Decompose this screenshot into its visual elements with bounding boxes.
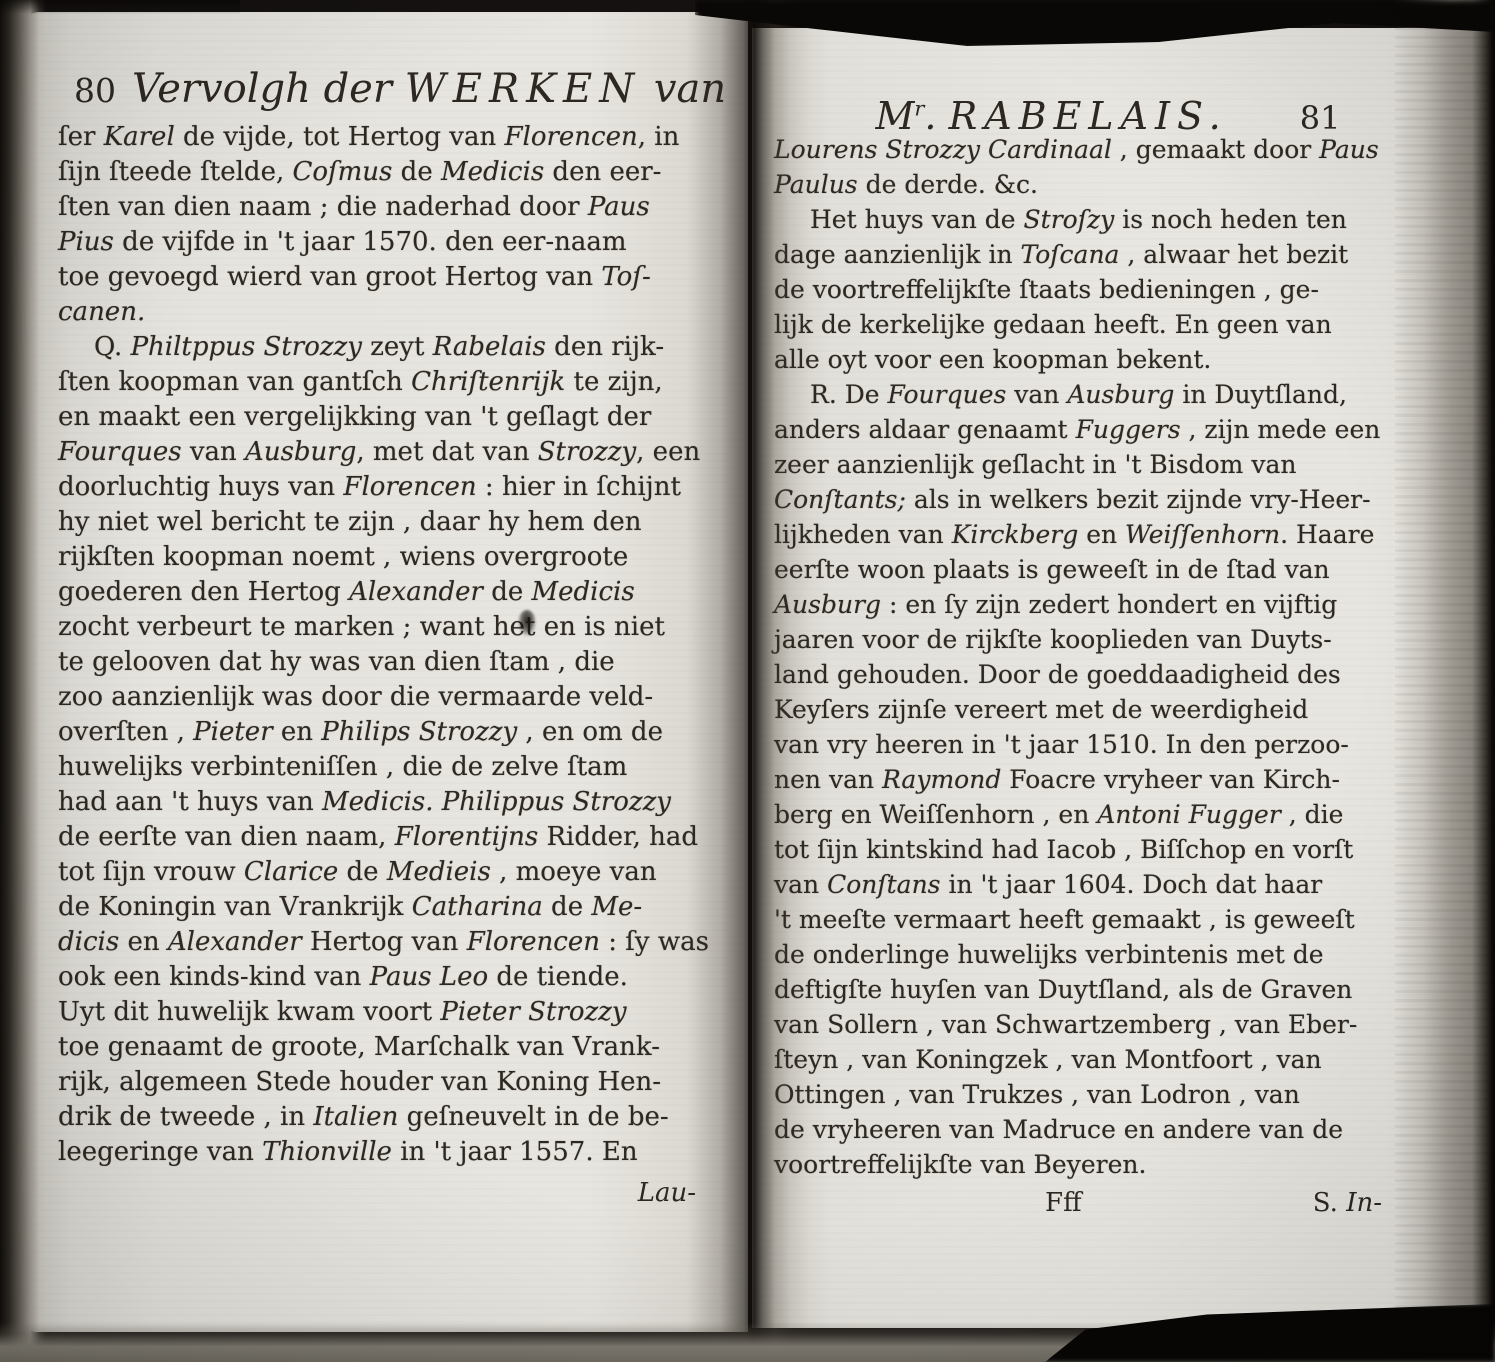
text-line: Keyſers zijnſe vereert met de weerdighei… — [774, 692, 1390, 727]
text-segment: ook een kinds-kind van — [58, 962, 370, 992]
text-line: canen. — [58, 295, 742, 330]
text-segment: Weiſſenhorn — [1125, 520, 1280, 549]
text-segment: Pieter Strozzy — [440, 997, 626, 1027]
text-line: goederen den Hertog Alexander de Medicis — [58, 575, 742, 610]
text-line: leegeringe van Thionville in 't jaar 155… — [58, 1135, 742, 1170]
text-segment: is noch heden ten — [1114, 205, 1347, 234]
text-segment: Lourens Strozzy Cardinaal — [774, 135, 1112, 164]
text-line: ſer Karel de vijde, tot Hertog van Flore… — [58, 120, 742, 155]
text-line: de vryheeren van Madruce en andere van d… — [774, 1112, 1390, 1147]
text-line: van Conſtans in 't jaar 1604. Doch dat h… — [774, 867, 1390, 902]
text-segment: Pieter — [193, 717, 272, 747]
text-segment: Ridder, had — [538, 822, 698, 852]
text-segment: zoo aanzienlijk was door die vermaarde v… — [58, 682, 653, 712]
signature-row: Fff S. In- — [774, 1188, 1390, 1223]
text-line: had aan 't huys van Medicis. Philippus S… — [58, 785, 742, 820]
text-line: Het huys van de Stroſzy is noch heden te… — [774, 202, 1390, 237]
text-segment: eerſte woon plaats is geweeſt in de ſtad… — [774, 555, 1330, 584]
right-page-text: Lourens Strozzy Cardinaal , gemaakt door… — [774, 132, 1390, 1182]
text-line: nen van Raymond Foacre vryheer van Kirch… — [774, 762, 1390, 797]
text-segment: : ſy was — [600, 927, 709, 957]
text-segment: ſten van dien naam ; die naderhad door — [58, 192, 588, 222]
text-line: van vry heeren in 't jaar 1510. In den p… — [774, 727, 1390, 762]
text-line: de eerſte van dien naam, Florentijns Rid… — [58, 820, 742, 855]
text-segment: Vervolgh der — [132, 66, 405, 112]
left-page-text: ſer Karel de vijde, tot Hertog van Flore… — [58, 120, 742, 1170]
text-segment: zeyt — [362, 332, 433, 362]
text-segment: Lau- — [638, 1178, 696, 1208]
text-segment: Medieis — [387, 857, 491, 887]
text-segment: de vijfde in 't jaar 1570. den eer-naam — [114, 227, 627, 257]
text-segment: Stroſzy — [1024, 205, 1115, 234]
text-segment: leegeringe van — [58, 1137, 262, 1167]
text-line: alle oyt voor een koopman bekent. — [774, 342, 1390, 377]
text-segment: Catharina — [412, 892, 543, 922]
text-line: eerſte woon plaats is geweeſt in de ſtad… — [774, 552, 1390, 587]
text-segment: den eer- — [544, 157, 661, 187]
text-segment: in Duytſland, — [1174, 380, 1347, 409]
text-line: anders aldaar genaamt Fuggers , zijn med… — [774, 412, 1390, 447]
text-segment: ſten koopman van gantſch — [58, 367, 411, 397]
text-segment: Toſcana — [1021, 240, 1120, 269]
text-segment: Paus — [588, 192, 650, 222]
text-segment: Florentijns — [395, 822, 538, 852]
text-segment: rijk, algemeen Stede houder van Koning H… — [58, 1067, 661, 1097]
text-segment: Antoni Fugger — [1097, 800, 1281, 829]
text-segment: , een — [636, 437, 700, 467]
text-segment: van — [641, 66, 726, 112]
text-segment: Hertog van — [302, 927, 467, 957]
text-segment: In- — [1346, 1188, 1382, 1218]
text-segment: drik de tweede , in — [58, 1102, 313, 1132]
text-segment: , alwaar het bezit — [1119, 240, 1348, 269]
text-segment: Florencen — [504, 122, 637, 152]
text-line: land gehouden. Door de goeddaadigheid de… — [774, 657, 1390, 692]
text-line: ſijn ſteede ſtelde, Coſmus de Medicis de… — [58, 155, 742, 190]
text-segment: Alexander — [168, 927, 302, 957]
text-segment: in 't jaar 1557. En — [392, 1137, 638, 1167]
text-segment: . Haare — [1280, 520, 1374, 549]
text-segment: WERKEN — [405, 66, 642, 112]
text-line: 't meeſte vermaart heeft gemaakt , is ge… — [774, 902, 1390, 937]
text-segment: Keyſers zijnſe vereert met de weerdighei… — [774, 695, 1308, 724]
text-line: rijk, algemeen Stede houder van Koning H… — [58, 1065, 742, 1100]
text-segment: ſteyn , van Koningzek , van Montfoort , … — [774, 1045, 1322, 1074]
text-segment: Fourques — [888, 380, 1007, 409]
text-segment: Uyt dit huwelijk kwam voort — [58, 997, 440, 1027]
text-segment: ſijn ſteede ſtelde, — [58, 157, 292, 187]
text-line: deftigſte huyſen van Duytſland, als de G… — [774, 972, 1390, 1007]
text-line: van Sollern , van Schwartzemberg , van E… — [774, 1007, 1390, 1042]
text-segment: Alexander — [349, 577, 483, 607]
text-segment: Me- — [591, 892, 642, 922]
text-segment: Philtppus Strozzy — [131, 332, 362, 362]
text-line: de onderlinge huwelijks verbintenis met … — [774, 937, 1390, 972]
text-segment: nen van — [774, 765, 882, 794]
text-segment: de tiende. — [488, 962, 628, 992]
text-segment: de — [338, 857, 387, 887]
left-catchword: Lau- — [638, 1178, 696, 1208]
text-segment: de — [392, 157, 441, 187]
text-segment: Strozzy — [538, 437, 636, 467]
text-segment: Conſtants; — [774, 485, 906, 514]
text-segment: Ausburg — [245, 437, 356, 467]
text-segment: van — [1006, 380, 1067, 409]
text-segment: en — [119, 927, 168, 957]
text-line: Fourques van Ausburg, met dat van Strozz… — [58, 435, 742, 470]
text-segment: de vijde, tot Hertog van — [175, 122, 505, 152]
text-segment: en — [1078, 520, 1125, 549]
text-line: tot ſijn vrouw Clarice de Medieis , moey… — [58, 855, 742, 890]
text-segment: dage aanzienlijk in — [774, 240, 1021, 269]
text-segment: en — [273, 717, 322, 747]
text-line: overſten , Pieter en Philips Strozzy , e… — [58, 715, 742, 750]
text-line: tot ſijn kintskind had Iacob , Biſſchop … — [774, 832, 1390, 867]
text-segment: dicis — [58, 927, 119, 957]
text-line: Ausburg : en ſy zijn zedert hondert en v… — [774, 587, 1390, 622]
text-segment: als in welkers bezit zijnde vry-Heer- — [906, 485, 1371, 514]
text-line: ook een kinds-kind van Paus Leo de tiend… — [58, 960, 742, 995]
text-segment: Het huys van de — [810, 205, 1024, 234]
text-segment: , met dat van — [356, 437, 537, 467]
text-segment: Ottingen , van Trukzes , van Lodron , va… — [774, 1080, 1300, 1109]
text-segment: toe genaamt de groote, Marſchalk van Vra… — [58, 1032, 660, 1062]
text-line: Paulus de derde. &c. — [774, 167, 1390, 202]
text-line: zoo aanzienlijk was door die vermaarde v… — [58, 680, 742, 715]
text-line: ſten van dien naam ; die naderhad door P… — [58, 190, 742, 225]
text-line: Lourens Strozzy Cardinaal , gemaakt door… — [774, 132, 1390, 167]
text-segment: Ausburg — [774, 590, 881, 619]
text-segment: van Sollern , van Schwartzemberg , van E… — [774, 1010, 1357, 1039]
text-line: Uyt dit huwelijk kwam voort Pieter Stroz… — [58, 995, 742, 1030]
text-line: drik de tweede , in Italien geſneuvelt i… — [58, 1100, 742, 1135]
text-segment: den rijk- — [546, 332, 664, 362]
text-segment: , gemaakt door — [1112, 135, 1319, 164]
text-segment: de derde. &c. — [858, 170, 1038, 199]
text-segment: huwelijks verbinteniſſen , die de zelve … — [58, 752, 627, 782]
text-segment: , moeye van — [491, 857, 657, 887]
right-catchword: S. In- — [1313, 1188, 1382, 1218]
text-line: doorluchtig huys van Florencen : hier in… — [58, 470, 742, 505]
text-segment: berg en Weiſſenhorn , en — [774, 800, 1097, 829]
text-segment: Paus — [1319, 135, 1379, 164]
ink-blot — [518, 610, 536, 636]
text-segment: : hier in ſchijnt — [477, 472, 681, 502]
text-segment: te gelooven dat hy was van dien ſtam , d… — [58, 647, 615, 677]
text-segment: tot ſijn kintskind had Iacob , Biſſchop … — [774, 835, 1353, 864]
signature-mark: Fff — [1045, 1188, 1082, 1218]
text-segment: van — [182, 437, 245, 467]
text-segment: voortreffelijkſte van Beyeren. — [774, 1150, 1146, 1179]
text-segment: Coſmus — [292, 157, 392, 187]
text-line: hy niet wel bericht te zijn , daar hy he… — [58, 505, 742, 540]
text-line: Pius de vijfde in 't jaar 1570. den eer-… — [58, 225, 742, 260]
text-segment: R. De — [810, 380, 888, 409]
text-segment: Q. — [94, 332, 131, 362]
text-line: dicis en Alexander Hertog van Florencen … — [58, 925, 742, 960]
text-segment: Florencen — [467, 927, 600, 957]
text-segment: Pius — [58, 227, 114, 257]
text-segment: , en om de — [517, 717, 663, 747]
text-segment: Toſ- — [601, 262, 650, 292]
text-segment: : en ſy zijn zedert hondert en vijftig — [881, 590, 1337, 619]
text-segment: deftigſte huyſen van Duytſland, als de G… — [774, 975, 1352, 1004]
text-line: Conſtants; als in welkers bezit zijnde v… — [774, 482, 1390, 517]
text-line: dage aanzienlijk in Toſcana , alwaar het… — [774, 237, 1390, 272]
text-segment: , in — [638, 122, 680, 152]
text-segment: overſten , — [58, 717, 193, 747]
text-segment: de eerſte van dien naam, — [58, 822, 395, 852]
text-segment: de onderlinge huwelijks verbintenis met … — [774, 940, 1324, 969]
text-line: Ottingen , van Trukzes , van Lodron , va… — [774, 1077, 1390, 1112]
text-segment: Italien — [313, 1102, 398, 1132]
text-segment: Paulus — [774, 170, 858, 199]
text-segment: lijk de kerkelijke gedaan heeft. En geen… — [774, 310, 1332, 339]
text-segment: Conſtans — [827, 870, 940, 899]
text-segment: tot ſijn vrouw — [58, 857, 244, 887]
text-segment: Medicis — [441, 157, 544, 187]
text-segment: zocht verbeurt te marken ; want het en i… — [58, 612, 665, 642]
text-segment: anders aldaar genaamt — [774, 415, 1076, 444]
text-segment: Foacre vryheer van Kirch- — [1001, 765, 1340, 794]
text-segment: Medicis. Philippus Strozzy — [322, 787, 671, 817]
text-segment: Karel — [104, 122, 175, 152]
text-segment: te zijn, — [565, 367, 662, 397]
text-segment: hy niet wel bericht te zijn , daar hy he… — [58, 507, 641, 537]
book-scan: 80 Vervolgh der WERKEN van ſer Karel de … — [0, 0, 1495, 1362]
text-segment: , zijn mede een — [1181, 415, 1381, 444]
text-segment: Medicis — [532, 577, 635, 607]
text-line: ſteyn , van Koningzek , van Montfoort , … — [774, 1042, 1390, 1077]
left-header-title: Vervolgh der WERKEN van — [132, 66, 726, 112]
text-segment: canen. — [58, 297, 145, 327]
text-line: toe gevoegd wierd van groot Hertog van T… — [58, 260, 742, 295]
text-segment: goederen den Hertog — [58, 577, 349, 607]
text-line: berg en Weiſſenhorn , en Antoni Fugger ,… — [774, 797, 1390, 832]
text-line: huwelijks verbinteniſſen , die de zelve … — [58, 750, 742, 785]
text-line: zocht verbeurt te marken ; want het en i… — [58, 610, 742, 645]
text-line: Q. Philtppus Strozzy zeyt Rabelais den r… — [58, 330, 742, 365]
text-segment: de voortreffelijkſte ſtaats bedieningen … — [774, 275, 1319, 304]
text-line: lijkheden van Kirckberg en Weiſſenhorn. … — [774, 517, 1390, 552]
text-segment: doorluchtig huys van — [58, 472, 343, 502]
text-segment: van vry heeren in 't jaar 1510. In den p… — [774, 730, 1349, 759]
text-segment: de — [483, 577, 532, 607]
text-line: en maakt een vergelijkking van 't geſlag… — [58, 400, 742, 435]
text-segment: Florencen — [343, 472, 476, 502]
text-line: jaaren voor de rijkſte kooplieden van Du… — [774, 622, 1390, 657]
text-line: lijk de kerkelijke gedaan heeft. En geen… — [774, 307, 1390, 342]
text-line: de voortreffelijkſte ſtaats bedieningen … — [774, 272, 1390, 307]
text-line: rijkſten koopman noemt , wiens overgroot… — [58, 540, 742, 575]
text-segment: Ausburg — [1067, 380, 1174, 409]
text-segment: Chriſtenrijk — [411, 367, 565, 397]
text-segment: van — [774, 870, 827, 899]
text-segment: had aan 't huys van — [58, 787, 322, 817]
text-segment: Thionville — [262, 1137, 392, 1167]
text-segment: de vryheeren van Madruce en andere van d… — [774, 1115, 1343, 1144]
text-segment: jaaren voor de rijkſte kooplieden van Du… — [774, 625, 1332, 654]
text-segment: Paus Leo — [370, 962, 489, 992]
text-line: zeer aanzienlijk geſlacht in 't Bisdom v… — [774, 447, 1390, 482]
text-segment: Fuggers — [1076, 415, 1181, 444]
text-segment: zeer aanzienlijk geſlacht in 't Bisdom v… — [774, 450, 1296, 479]
text-segment: S. — [1313, 1188, 1346, 1218]
text-segment: in 't jaar 1604. Doch dat haar — [941, 870, 1323, 899]
text-segment: de Koningin van Vrankrijk — [58, 892, 412, 922]
text-segment: Clarice — [244, 857, 338, 887]
text-line: ſten koopman van gantſch Chriſtenrijk te… — [58, 365, 742, 400]
text-segment: Kirckberg — [952, 520, 1079, 549]
text-segment: r — [914, 96, 924, 120]
text-segment: , die — [1281, 800, 1344, 829]
text-line: R. De Fourques van Ausburg in Duytſland, — [774, 377, 1390, 412]
text-segment: ſer — [58, 122, 104, 152]
text-segment: Raymond — [882, 765, 1001, 794]
text-segment: toe gevoegd wierd van groot Hertog van — [58, 262, 601, 292]
left-page-number: 80 — [74, 71, 116, 110]
text-segment: Fourques — [58, 437, 182, 467]
text-segment: rijkſten koopman noemt , wiens overgroot… — [58, 542, 628, 572]
text-line: te gelooven dat hy was van dien ſtam , d… — [58, 645, 742, 680]
right-page: Mr. RABELAIS. 81 Lourens Strozzy Cardina… — [752, 28, 1470, 1328]
text-segment: en maakt een vergelijkking van 't geſlag… — [58, 402, 651, 432]
text-line: toe genaamt de groote, Marſchalk van Vra… — [58, 1030, 742, 1065]
text-segment: 't meeſte vermaart heeft gemaakt , is ge… — [774, 905, 1355, 934]
text-segment: Rabelais — [433, 332, 546, 362]
text-segment: lijkheden van — [774, 520, 952, 549]
text-segment: alle oyt voor een koopman bekent. — [774, 345, 1211, 374]
text-line: voortreffelijkſte van Beyeren. — [774, 1147, 1390, 1182]
left-page: 80 Vervolgh der WERKEN van ſer Karel de … — [28, 12, 748, 1332]
text-segment: Philips Strozzy — [321, 717, 517, 747]
text-segment: de — [543, 892, 592, 922]
text-line: de Koningin van Vrankrijk Catharina de M… — [58, 890, 742, 925]
text-segment: geſneuvelt in de be- — [398, 1102, 668, 1132]
text-segment: land gehouden. Door de goeddaadigheid de… — [774, 660, 1341, 689]
left-running-header: 80 Vervolgh der WERKEN van — [74, 66, 726, 112]
